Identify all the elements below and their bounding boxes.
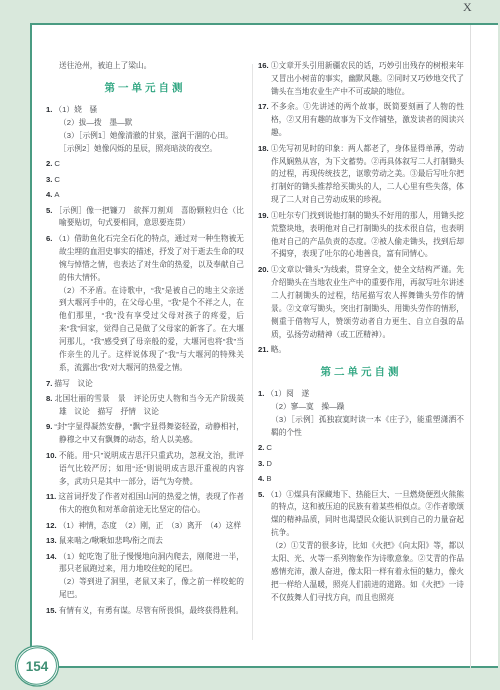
item-number: 20. <box>258 265 269 274</box>
item-text: （1）神情，态度 （2）刚，正 （3）离开 （4）这样 <box>59 521 241 530</box>
answer-item-u2-4: 4.B <box>258 473 464 486</box>
item-number: 6. <box>46 234 52 243</box>
answer-item-12: 12.（1）神情，态度 （2）刚，正 （3）离开 （4）这样 <box>46 520 244 533</box>
answer-item-8: 8.北国壮丽的雪景 景 评论历史人物和当今无产阶级英雄 议论 描写 抒情 议论 <box>46 393 244 419</box>
item-text: 鼠来啮之/啾啾如悲鸣/衔之而去 <box>59 536 163 545</box>
item-text: 不多余。①先讲述的两个故事，既简要刻画了人物的性格，②又用有趣的故事为下文作铺垫… <box>271 102 464 137</box>
item-text: B <box>266 474 271 483</box>
item-number: 9. <box>46 422 52 431</box>
answer-item-1: 1.（1）娆 骚 （2）拔—拨 墨—默 （3）［示例1］她像清澈的甘泉，滋润干涸… <box>46 104 244 156</box>
answer-item-10: 10.不能。用“只”说明成吉思汗只重武功，忽视文治，批评语气比较严厉；如用“还”… <box>46 450 244 489</box>
item-number: 2. <box>258 443 264 452</box>
item-number: 5. <box>258 490 264 499</box>
item-number: 4. <box>46 190 52 199</box>
answer-item-13: 13.鼠来啮之/啾啾如悲鸣/衔之而去 <box>46 535 244 548</box>
right-column: 16.①文章开头引用新疆农民的话，巧妙引出残存的树根来年又冒出小树苗的事实，幽默… <box>258 60 464 607</box>
answer-item-u2-1: 1.（1）阅 遂 （2）寥—寞 操—躁 （3）［示例］孤独寂寞时读一本《庄子》，… <box>258 388 464 440</box>
item-number: 16. <box>258 61 269 70</box>
item-number: 21. <box>258 345 269 354</box>
item-number: 3. <box>46 175 52 184</box>
item-text: （1）①煤具有深藏地下、热能巨大、一旦燃烧便烈火熊熊的特点，这和被压迫的民族有着… <box>266 490 464 602</box>
item-number: 19. <box>258 211 269 220</box>
item-number: 1. <box>258 389 264 398</box>
answer-item-18: 18.①先写初见时的印象：两人都老了，身体显得单薄，劳动作风娴熟从容，为下文蓄势… <box>258 143 464 208</box>
answer-item-16: 16.①文章开头引用新疆农民的话，巧妙引出残存的树根来年又冒出小树苗的事实，幽默… <box>258 60 464 99</box>
item-text: D <box>266 459 272 468</box>
item-text: 北国壮丽的雪景 景 评论历史人物和当今无产阶级英雄 议论 描写 抒情 议论 <box>54 394 244 416</box>
page-number: 154 <box>26 659 49 674</box>
item-number: 8. <box>46 394 52 403</box>
column-divider <box>252 64 253 640</box>
book-page: X 送往沧州，被迫上了梁山。 第一单元自测 1.（1）娆 骚 （2）拔—拨 墨—… <box>0 0 500 690</box>
item-number: 3. <box>258 459 264 468</box>
answer-item-2: 2.C <box>46 158 244 171</box>
answer-item-20: 20.①文章以“锄头”为线索，贯穿全文，使全文结构严谨。先介绍锄头在当地农业生产… <box>258 264 464 341</box>
item-text: （1）借助鱼化石完全石化的特点，通过对一种生物被无故尘埋的血泪史事实的描述，抒发… <box>54 234 244 372</box>
item-number: 4. <box>258 474 264 483</box>
item-text: ①文章以“锄头”为线索，贯穿全文，使全文结构严谨。先介绍锄头在当地农业生产中的重… <box>271 265 464 339</box>
carryover-text: 送往沧州，被迫上了梁山。 <box>46 60 244 73</box>
section-2-title: 第二单元自测 <box>258 366 464 379</box>
item-number: 18. <box>258 144 269 153</box>
answer-item-19: 19.①吐尔专门找到说他打制的锄头不好用的那人，用锄头挖荒整块地，表明他对自己打… <box>258 210 464 262</box>
trim-line <box>470 25 471 668</box>
item-text: “封”字显得凝然安静，“飘”字显得舞姿轻盈，动静相衬，静穆之中又有飘舞的动态，给… <box>54 422 244 444</box>
item-text: ［示例］像一把镰刀 欲挥刀割刈 喜盼颗粒归仓（比喻要贴切，句式要相同，意思要连贯… <box>54 206 244 228</box>
item-text: 这首词抒发了作者对祖国山河的热爱之情，表现了作者伟大的抱负和对革命前途无比坚定的… <box>58 492 244 514</box>
item-number: 15. <box>46 606 57 615</box>
left-column: 送往沧州，被迫上了梁山。 第一单元自测 1.（1）娆 骚 （2）拔—拨 墨—默 … <box>46 60 244 620</box>
item-number: 14. <box>46 552 57 561</box>
item-text: ①先写初见时的印象：两人都老了，身体显得单薄，劳动作风娴熟从容，为下文蓄势。②再… <box>271 144 464 205</box>
answer-item-3: 3.C <box>46 174 244 187</box>
item-number: 5. <box>46 206 52 215</box>
item-text: ①文章开头引用新疆农民的话，巧妙引出残存的树根来年又冒出小树苗的事实，幽默风趣。… <box>271 61 464 96</box>
section-1-title: 第一单元自测 <box>46 82 244 95</box>
item-number: 11. <box>46 492 56 501</box>
item-text: 有情有义，有勇有谋。尽管有所畏惧，最终获得胜利。 <box>59 606 244 615</box>
item-text: C <box>54 159 60 168</box>
item-text: 不能。用“只”说明成吉思汗只重武功，忽视文治，批评语气比较严厉；如用“还”则说明… <box>59 451 244 486</box>
item-text: 描写 议论 <box>54 379 92 388</box>
item-text: C <box>266 443 272 452</box>
answer-item-14: 14.（1）蛇吃饱了肚子慢慢地向洞内爬去，刚爬进一半，那只老鼠跑过来，用力地咬住… <box>46 551 244 603</box>
answer-item-21: 21.略。 <box>258 344 464 357</box>
answer-item-u2-3: 3.D <box>258 458 464 471</box>
answer-item-17: 17.不多余。①先讲述的两个故事，既简要刻画了人物的性格，②又用有趣的故事为下文… <box>258 101 464 140</box>
item-number: 2. <box>46 159 52 168</box>
item-number: 1. <box>46 105 52 114</box>
answer-item-6: 6.（1）借助鱼化石完全石化的特点，通过对一种生物被无故尘埋的血泪史事实的描述，… <box>46 233 244 375</box>
item-number: 10. <box>46 451 57 460</box>
answer-item-4: 4.A <box>46 189 244 202</box>
item-text: C <box>54 175 60 184</box>
item-text: （1）阅 遂 （2）寥—寞 操—躁 （3）［示例］孤独寂寞时读一本《庄子》，能重… <box>266 389 464 437</box>
item-number: 7. <box>46 379 52 388</box>
item-text: A <box>54 190 59 199</box>
item-number: 17. <box>258 102 269 111</box>
item-text: （1）蛇吃饱了肚子慢慢地向洞内爬去，刚爬进一半，那只老鼠跑过来，用力地咬住蛇的尾… <box>59 552 244 600</box>
answer-item-u2-2: 2.C <box>258 442 464 455</box>
page-number-badge: 154 <box>13 644 61 690</box>
answer-item-9: 9.“封”字显得凝然安静，“飘”字显得舞姿轻盈，动静相衬，静穆之中又有飘舞的动态… <box>46 421 244 447</box>
trim-mark-x: X <box>463 1 472 13</box>
answer-item-11: 11.这首词抒发了作者对祖国山河的热爱之情，表现了作者伟大的抱负和对革命前途无比… <box>46 491 244 517</box>
item-text: （1）娆 骚 （2）拔—拨 墨—默 （3）［示例1］她像清澈的甘泉，滋润干涸的心… <box>54 105 232 153</box>
answer-item-5: 5.［示例］像一把镰刀 欲挥刀割刈 喜盼颗粒归仓（比喻要贴切，句式要相同，意思要… <box>46 205 244 231</box>
item-text: 略。 <box>271 345 286 354</box>
item-number: 13. <box>46 536 57 545</box>
item-number: 12. <box>46 521 57 530</box>
answer-item-15: 15.有情有义，有勇有谋。尽管有所畏惧，最终获得胜利。 <box>46 605 244 618</box>
item-text: ①吐尔专门找到说他打制的锄头不好用的那人，用锄头挖荒整块地，表明他对自己打制锄头… <box>271 211 464 259</box>
answer-item-u2-5: 5.（1）①煤具有深藏地下、热能巨大、一旦燃烧便烈火熊熊的特点，这和被压迫的民族… <box>258 489 464 605</box>
answer-item-7: 7.描写 议论 <box>46 378 244 391</box>
